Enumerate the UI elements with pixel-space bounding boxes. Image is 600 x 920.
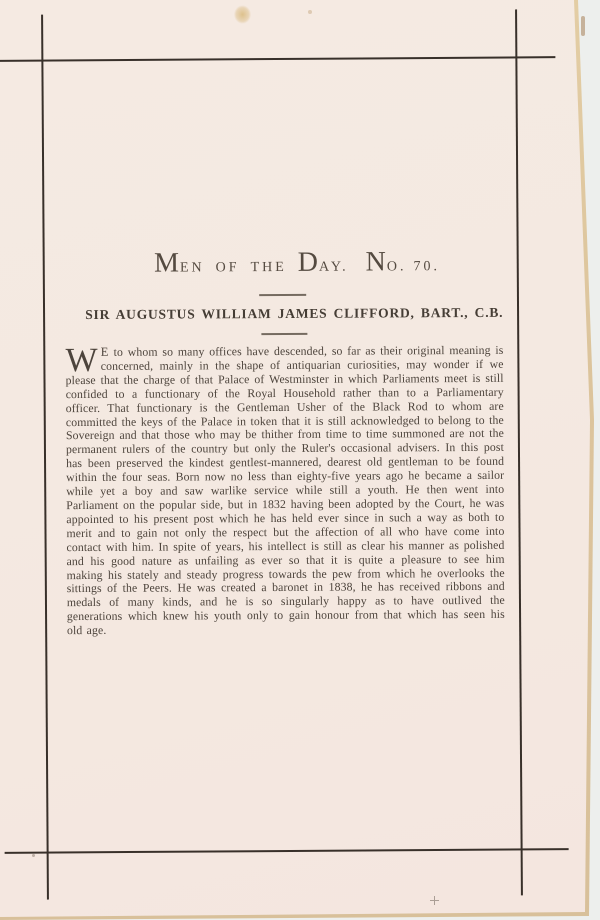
drop-cap: W [65, 348, 97, 373]
series-initial-n: N [366, 246, 387, 277]
masthead-initial-m: M [154, 248, 180, 279]
series-abbrev: O. [387, 259, 407, 274]
page-content: MENOFTHEDAY.NO.70. SIR AUGUSTUS WILLIAM … [0, 0, 600, 920]
masthead-title: MENOFTHEDAY.NO.70. [62, 245, 532, 286]
series-number: 70. [413, 259, 440, 274]
divider-rule-bottom [261, 333, 307, 335]
masthead-word-day: AY. [319, 260, 349, 275]
divider-rule-top [259, 294, 306, 296]
article-heading: SIR AUGUSTUS WILLIAM JAMES CLIFFORD, BAR… [54, 305, 534, 324]
article-body: WE to whom so many offices have descende… [65, 344, 505, 638]
masthead-word-of: OF [216, 260, 240, 275]
masthead-word-men: EN [180, 260, 205, 275]
page-scan: MENOFTHEDAY.NO.70. SIR AUGUSTUS WILLIAM … [0, 0, 600, 920]
lead-in-letter: E [101, 345, 109, 359]
masthead-initial-d: D [298, 247, 319, 278]
article-text: to whom so many offices have descended, … [66, 343, 505, 637]
masthead-word-the: THE [251, 260, 287, 275]
